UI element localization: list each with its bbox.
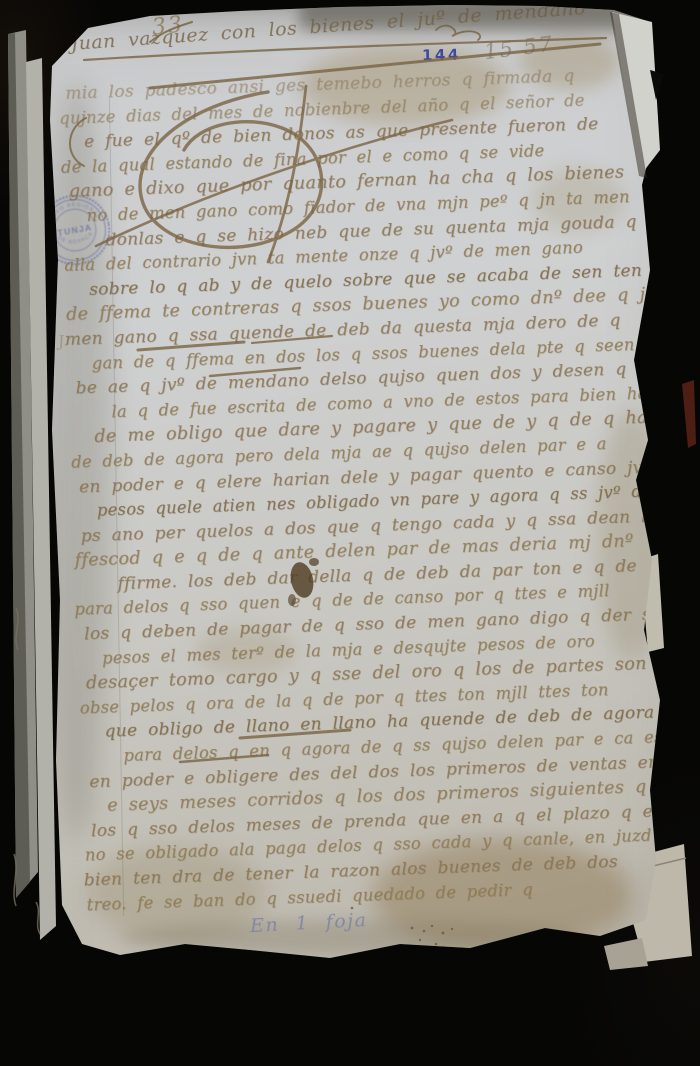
left-edge-inner bbox=[26, 58, 56, 940]
page-vignette bbox=[0, 0, 700, 1066]
red-edge-strip bbox=[682, 380, 696, 448]
left-edge-outer bbox=[8, 30, 38, 898]
bottom-right-leaf-2 bbox=[604, 938, 648, 970]
manuscript-page: 33 Juan vazquez con los bienes el juº de… bbox=[0, 0, 700, 1066]
left-edge-shadow bbox=[8, 33, 30, 898]
corner-mark: 6 bbox=[46, 927, 64, 954]
photo-background: 33 Juan vazquez con los bienes el juº de… bbox=[0, 0, 700, 1066]
edge-scribbles bbox=[14, 608, 40, 934]
